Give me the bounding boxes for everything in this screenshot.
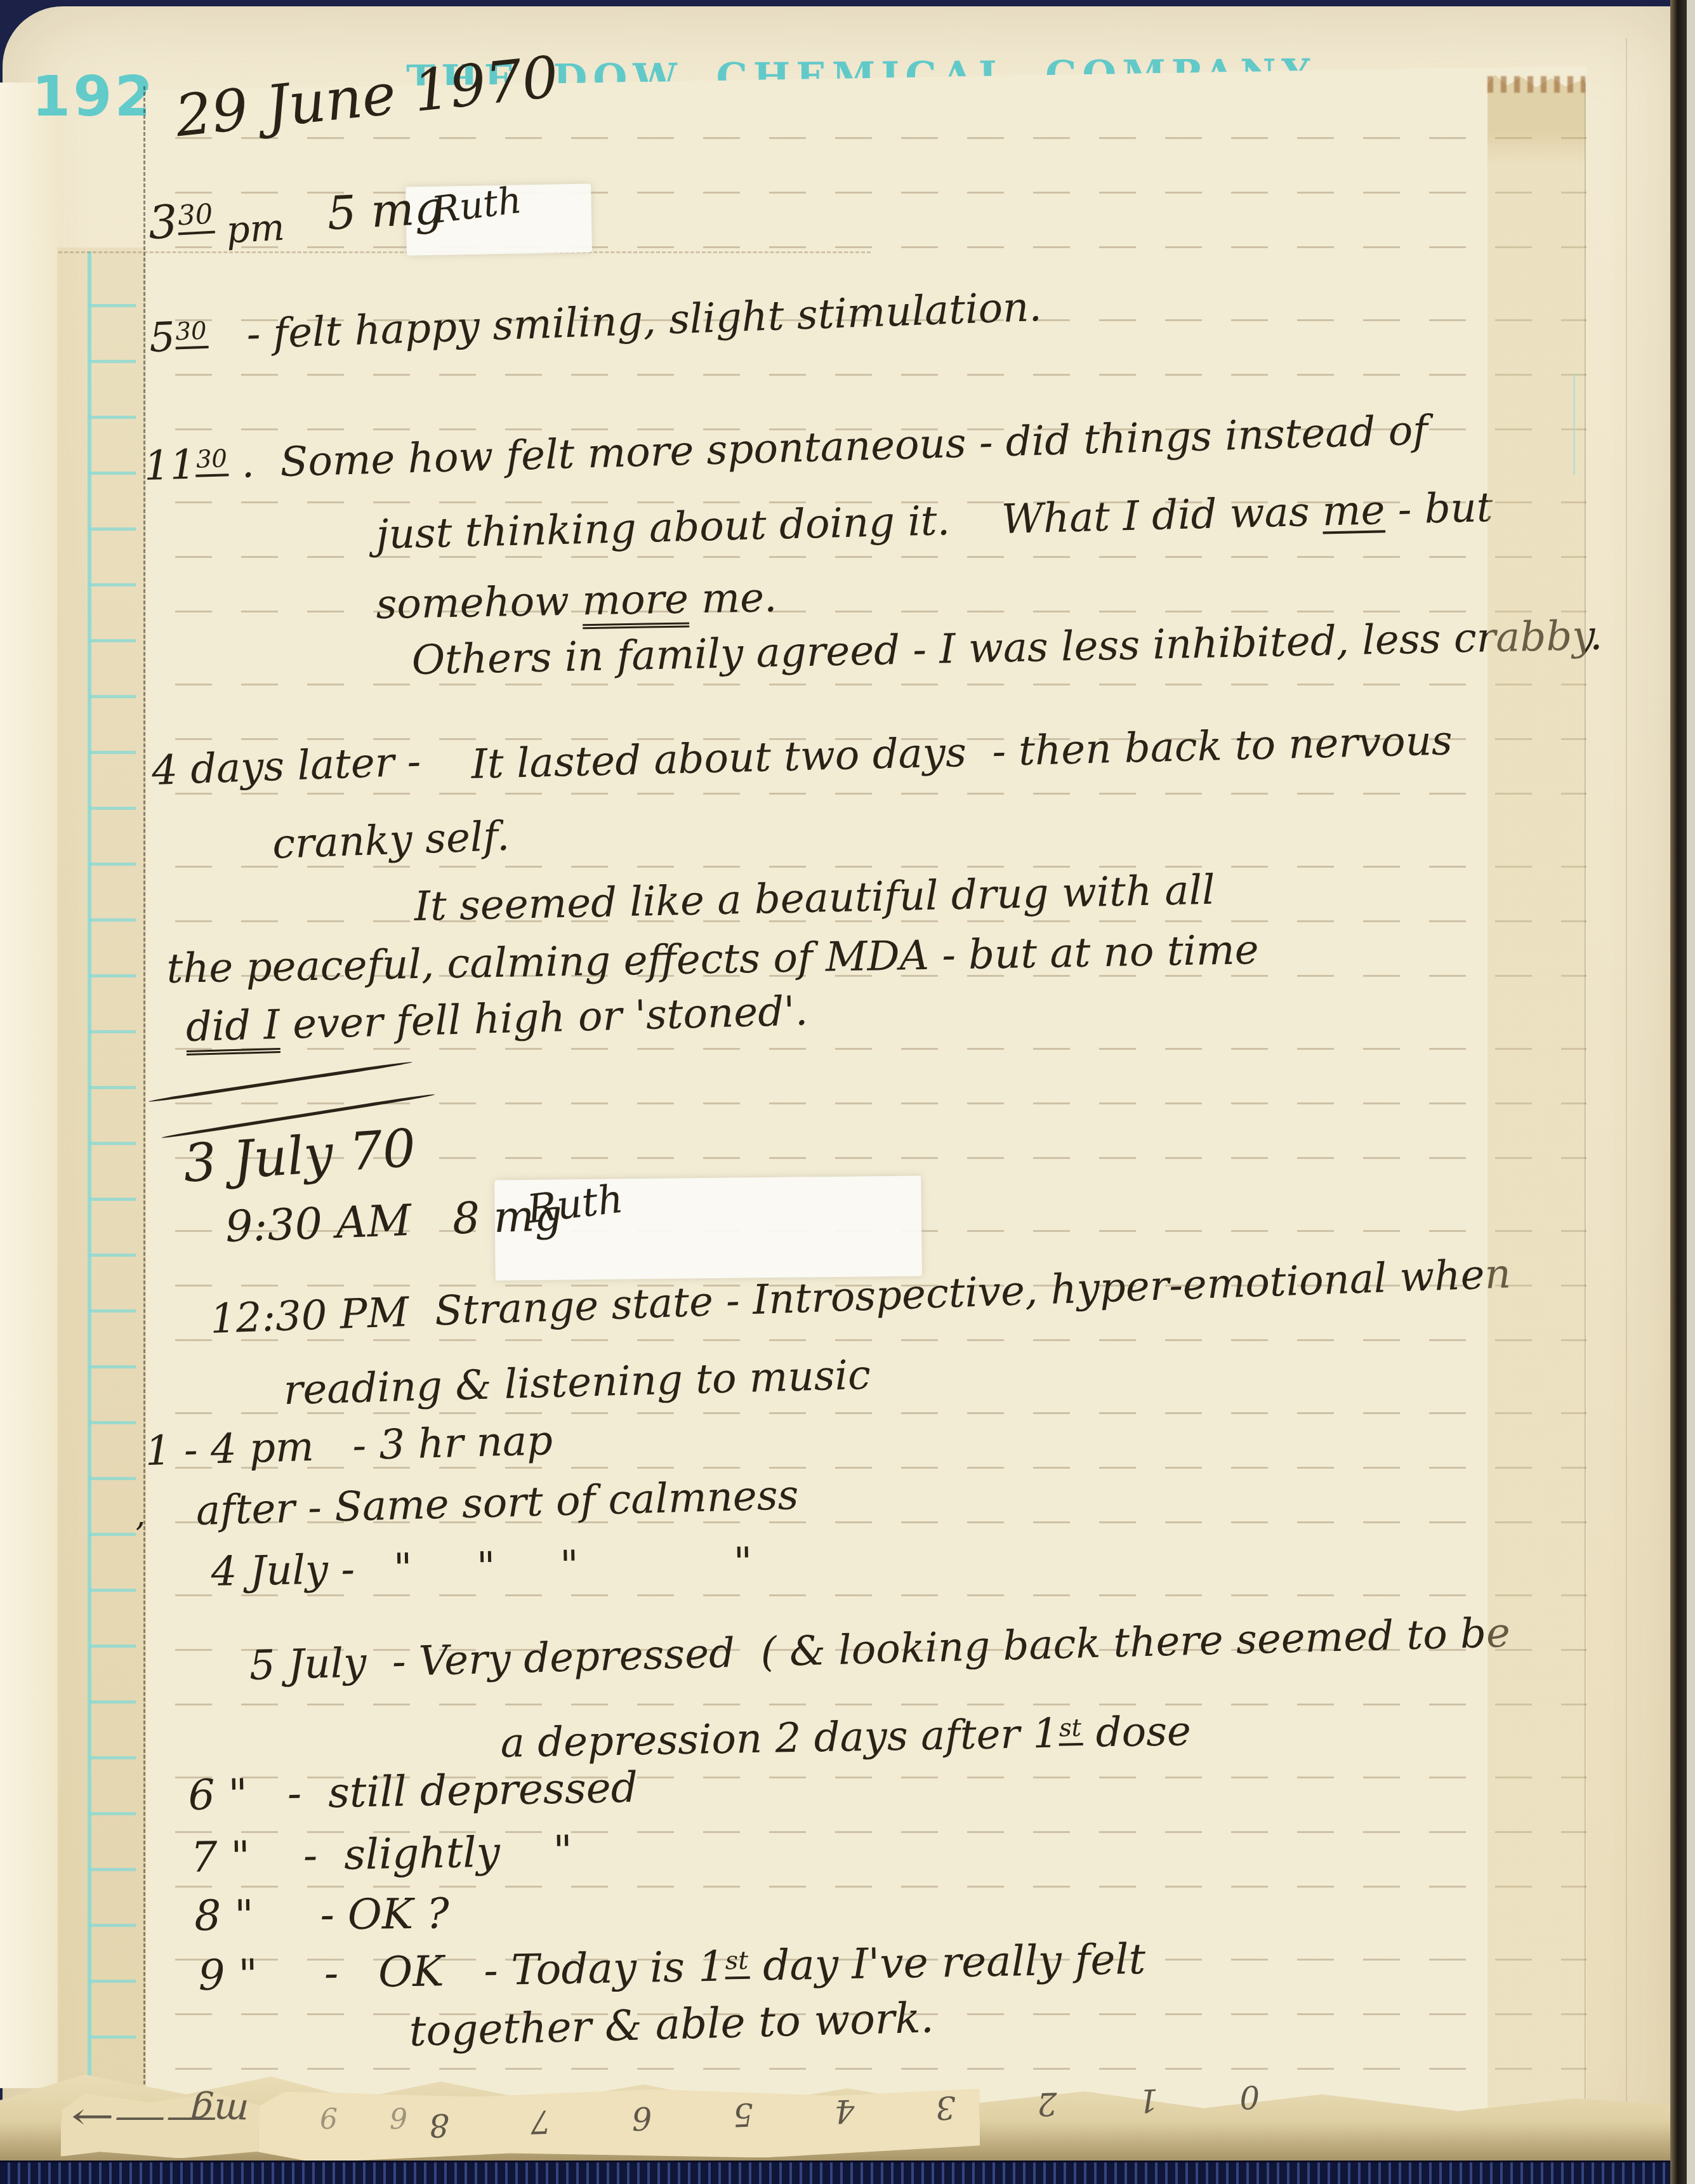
page-crease: [1585, 83, 1586, 2158]
page-curl-left-edge: [0, 83, 58, 2088]
dose-time: 9:30 AM: [225, 1196, 412, 1252]
dose-amount: 5 mg: [282, 181, 445, 242]
entry2-jul6-line: 6 " - still depressed: [188, 1766, 638, 1818]
tape-strip-right: [1487, 75, 1585, 2163]
obs-hour: 5: [148, 314, 176, 362]
underlined-word-me: me: [1322, 487, 1385, 535]
marginal-stray-mark: ’: [135, 1518, 145, 1553]
obs-text: 9 " - OK - Today is 1: [198, 1942, 725, 2000]
page-edge-shadow: [1670, 0, 1687, 2184]
entry2-jul8-line: 8 " - OK ?: [194, 1891, 449, 1938]
pasted-sheet-left-edge: [143, 86, 145, 2084]
entry2-nap-line: 1 - 4 pm - 3 hr nap: [145, 1420, 553, 1473]
scan-edge-strip: [1687, 0, 1695, 2184]
dose-ampm: pm: [214, 206, 286, 252]
obs-text: a depression 2 days after 1: [500, 1711, 1059, 1767]
obs-hour: 11: [143, 442, 196, 490]
entry1-4days-line2: cranky self.: [272, 816, 510, 866]
double-underlined-did-i: did I: [185, 1005, 280, 1056]
upside-down-digits-faint: 6 9: [298, 2101, 407, 2133]
dose-minutes: 30: [176, 200, 215, 235]
entry2-jul7-line: 7 " - slightly ": [190, 1829, 573, 1880]
dose-amount: 8 mg: [411, 1190, 563, 1245]
margin-ruler-ticks: [89, 251, 136, 2086]
ordinal-sup: st: [725, 1948, 750, 1979]
entry2-dose-line: 9:30 AM 8 mg: [225, 1193, 563, 1250]
obs-text: - but: [1384, 484, 1493, 534]
obs-minutes: 30: [195, 446, 229, 477]
dose-hour: 3: [147, 195, 179, 249]
obs-text: somehow: [376, 578, 583, 628]
page-crease: [1626, 38, 1627, 2158]
obs-text: day I've really felt: [749, 1935, 1146, 1990]
teal-rule-fragment: [1573, 373, 1575, 475]
entry2-jul4-line: 4 July - " " " ": [211, 1542, 753, 1594]
ordinal-sup: st: [1059, 1716, 1083, 1746]
upside-down-note-mg: mg: [190, 2089, 249, 2134]
book-binding-strip: [0, 2161, 1695, 2184]
scanned-notebook-page: 192 THE DOW CHEMICAL COMPANY 29 June 197…: [0, 0, 1695, 2184]
entry1-1130-line3: somehow more me.: [376, 577, 777, 633]
obs-text: dose: [1083, 1708, 1192, 1757]
obs-minutes: 30: [175, 319, 208, 350]
entry1-4days-label: 4 days later -: [151, 741, 421, 793]
obs-text: me.: [688, 574, 777, 623]
tape-adhesive-residue: [1487, 76, 1585, 93]
page-number: 192: [32, 63, 156, 129]
double-underlined-word-more: more: [582, 579, 689, 629]
